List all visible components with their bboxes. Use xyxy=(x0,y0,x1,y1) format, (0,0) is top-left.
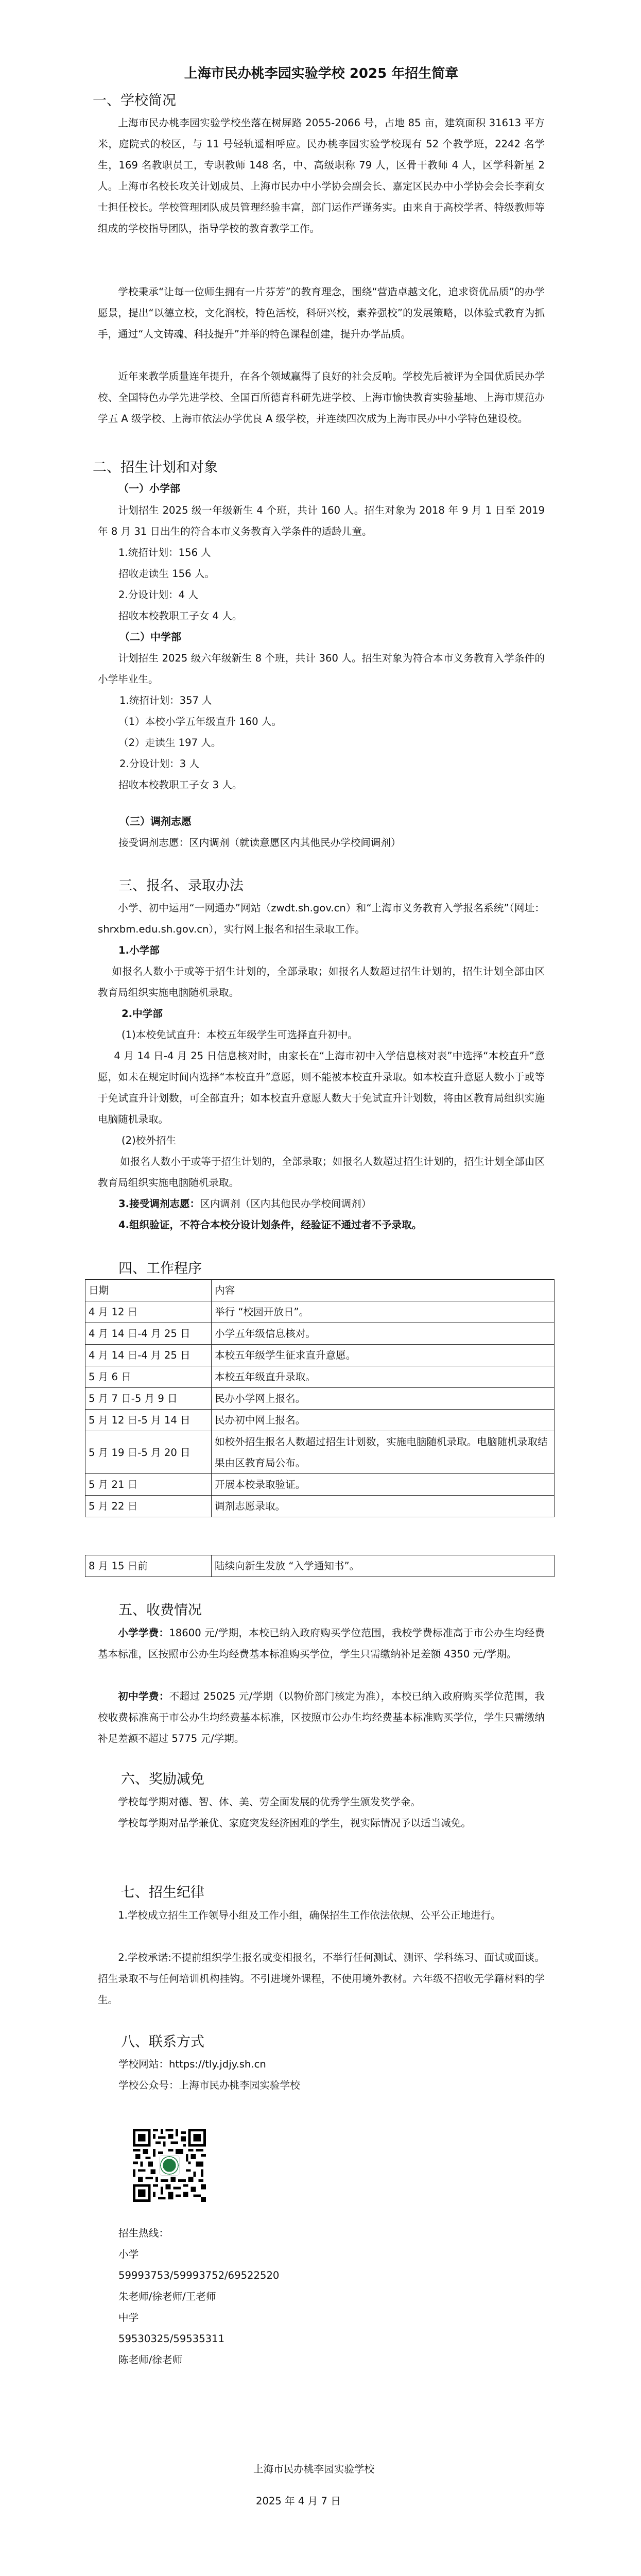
table-cell-date: 4 月 14 日-4 月 25 日 xyxy=(85,1323,212,1345)
section-heading-school-overview: 一、学校简况 xyxy=(93,91,176,111)
discipline-paragraph-1: 1.学校成立招生工作领导小组及工作小组，确保招生工作依法依规、公平公正地进行。 xyxy=(98,1905,545,1926)
table-row: 5 月 12 日-5 月 14 日民办初中网上报名。 xyxy=(85,1410,555,1431)
registration-item-3-label: 3.接受调剂志愿： xyxy=(118,1198,200,1210)
hotline-label: 招生热线： xyxy=(118,2223,169,2244)
section-heading-enrollment-plan: 二、招生计划和对象 xyxy=(93,457,218,478)
hotline-primary-phones[interactable]: 59993753/59993752/69522520 xyxy=(118,2265,279,2286)
section-heading-procedure: 四、工作程序 xyxy=(118,1259,202,1279)
table-row: 5 月 21 日开展本校录取验证。 xyxy=(85,1474,555,1496)
table-cell-content: 开展本校录取验证。 xyxy=(212,1474,555,1496)
primary-plan-line: 招收本校教职工子女 4 人。 xyxy=(118,605,242,626)
middle-plan-intro: 计划招生 2025 级六年级新生 8 个班，共计 360 人。招生对象为符合本市… xyxy=(98,648,545,690)
primary-plan-line: 1.统招计划：156 人 xyxy=(118,542,211,563)
registration-middle-sub2: (2)校外招生 xyxy=(122,1130,176,1151)
fees-primary: 小学学费：18600 元/学期，本校已纳入政府购买学位范围，我校学费标准高于市公… xyxy=(98,1622,545,1665)
wechat-qr-code-icon xyxy=(133,2129,206,2202)
table-header-content: 内容 xyxy=(212,1280,555,1301)
primary-plan-line: 招收走读生 156 人。 xyxy=(118,563,215,584)
registration-primary-text: 如报名人数小于或等于招生计划的，全部录取；如报名人数超过招生计划的，招生计划全部… xyxy=(98,961,545,1003)
table-header-row: 日期 内容 xyxy=(85,1280,555,1301)
table-cell-content: 民办小学网上报名。 xyxy=(212,1388,555,1410)
procedure-table: 日期 内容 4 月 12 日举行 “校园开放日”。 4 月 14 日-4 月 2… xyxy=(85,1279,555,1517)
table-row: 5 月 22 日调剂志愿录取。 xyxy=(85,1496,555,1517)
middle-plan-line: （1）本校小学五年级直升 160 人。 xyxy=(118,711,282,732)
fees-middle: 初中学费：不超过 25025 元/学期（以物价部门核定为准），本校已纳入政府购买… xyxy=(98,1686,545,1749)
table-header-date: 日期 xyxy=(85,1280,212,1301)
table-row: 4 月 12 日举行 “校园开放日”。 xyxy=(85,1301,555,1323)
table-cell-date: 5 月 7 日-5 月 9 日 xyxy=(85,1388,212,1410)
fees-primary-label: 小学学费： xyxy=(118,1627,169,1639)
registration-item-3-text: 区内调剂（区内其他民办学校间调剂） xyxy=(200,1198,371,1210)
middle-plan-line: 招收本校教职工子女 3 人。 xyxy=(118,774,242,795)
fees-middle-label: 初中学费： xyxy=(118,1690,169,1702)
table-cell-date: 5 月 12 日-5 月 14 日 xyxy=(85,1410,212,1431)
discipline-paragraph-2: 2.学校承诺:不提前组织学生报名或变相报名，不举行任何测试、测评、学科练习、面试… xyxy=(98,1947,545,2010)
section-heading-registration: 三、报名、录取办法 xyxy=(118,876,244,896)
primary-plan-intro: 计划招生 2025 级一年级新生 4 个班，共计 160 人。招生对象为 201… xyxy=(98,500,545,542)
registration-item-3: 3.接受调剂志愿：区内调剂（区内其他民办学校间调剂） xyxy=(118,1193,371,1214)
registration-middle-sub1: (1)本校免试直升：本校五年级学生可选择直升初中。 xyxy=(122,1024,358,1045)
school-website[interactable]: 学校网站：https://tly.jdjy.sh.cn xyxy=(118,2054,266,2075)
table-row: 5 月 6 日本校五年级直升录取。 xyxy=(85,1366,555,1388)
table-cell-content: 本校五年级直升录取。 xyxy=(212,1366,555,1388)
hotline-middle-contacts: 陈老师/徐老师 xyxy=(118,2349,182,2370)
section-heading-fees: 五、收费情况 xyxy=(118,1600,202,1621)
procedure-table-extra: 8 月 15 日前陆续向新生发放 “入学通知书”。 xyxy=(85,1555,555,1577)
middle-plan-line: 1.统招计划：357 人 xyxy=(119,690,212,711)
overview-paragraph-2: 学校秉承“让每一位师生拥有一片芬芳”的教育理念，围绕“营造卓越文化，追求资优品质… xyxy=(98,281,545,345)
hotline-primary-contacts: 朱老师/徐老师/王老师 xyxy=(118,2286,216,2307)
middle-plan-line: 2.分设计划：3 人 xyxy=(119,753,199,774)
table-row: 8 月 15 日前陆续向新生发放 “入学通知书”。 xyxy=(85,1555,555,1577)
subheading-middle: （二）中学部 xyxy=(119,626,181,647)
section-heading-awards: 六、奖励减免 xyxy=(121,1769,204,1790)
registration-item-4: 4.组织验证，不符合本校分设计划条件，经验证不通过者不予录取。 xyxy=(118,1214,422,1235)
hotline-primary-label: 小学 xyxy=(118,2244,138,2265)
table-cell-content: 如校外招生报名人数超过招生计划数，实施电脑随机录取。电脑随机录取结果由区教育局公… xyxy=(212,1431,555,1474)
table-row: 5 月 19 日-5 月 20 日如校外招生报名人数超过招生计划数，实施电脑随机… xyxy=(85,1431,555,1474)
table-row: 4 月 14 日-4 月 25 日小学五年级信息核对。 xyxy=(85,1323,555,1345)
overview-paragraph-3: 近年来教学质量连年提升，在各个领域赢得了良好的社会反响。学校先后被评为全国优质民… xyxy=(98,366,545,429)
signature-organization: 上海市民办桃李园实验学校 xyxy=(253,2461,374,2476)
table-cell-date: 5 月 6 日 xyxy=(85,1366,212,1388)
table-cell-date: 5 月 22 日 xyxy=(85,1496,212,1517)
table-row: 4 月 14 日-4 月 25 日本校五年级学生征求直升意愿。 xyxy=(85,1345,555,1366)
table-cell-date: 4 月 12 日 xyxy=(85,1301,212,1323)
school-wechat-account: 学校公众号：上海市民办桃李园实验学校 xyxy=(118,2075,300,2096)
table-cell-content: 陆续向新生发放 “入学通知书”。 xyxy=(212,1555,555,1577)
table-cell-date: 8 月 15 日前 xyxy=(85,1555,212,1577)
table-cell-content: 举行 “校园开放日”。 xyxy=(212,1301,555,1323)
table-cell-content: 小学五年级信息核对。 xyxy=(212,1323,555,1345)
middle-plan-line: （2）走读生 197 人。 xyxy=(118,732,221,753)
subheading-primary: （一）小学部 xyxy=(118,478,180,499)
signature-date: 2025 年 4 月 7 日 xyxy=(256,2493,341,2507)
section-heading-contact: 八、联系方式 xyxy=(121,2032,204,2053)
table-row: 5 月 7 日-5 月 9 日民办小学网上报名。 xyxy=(85,1388,555,1410)
adjust-line: 接受调剂志愿：区内调剂（就读意愿区内其他民办学校间调剂） xyxy=(118,832,401,853)
registration-middle-sub2-text: 如报名人数小于或等于招生计划的，全部录取；如报名人数超过招生计划的，招生计划全部… xyxy=(98,1151,545,1193)
hotline-middle-phones[interactable]: 59530325/59535311 xyxy=(118,2328,224,2349)
awards-paragraph-1: 学校每学期对德、智、体、美、劳全面发展的优秀学生颁发奖学金。 xyxy=(98,1791,545,1812)
primary-plan-line: 2.分设计划：4 人 xyxy=(118,584,198,605)
document-title: 上海市民办桃李园实验学校 2025 年招生简章 xyxy=(98,63,545,82)
table-cell-content: 本校五年级学生征求直升意愿。 xyxy=(212,1345,555,1366)
registration-intro: 小学、初中运用“一网通办”网站（zwdt.sh.gov.cn）和“上海市义务教育… xyxy=(98,897,545,940)
table-cell-date: 5 月 21 日 xyxy=(85,1474,212,1496)
registration-primary-heading: 1.小学部 xyxy=(118,940,160,961)
table-cell-date: 5 月 19 日-5 月 20 日 xyxy=(85,1431,212,1474)
section-heading-discipline: 七、招生纪律 xyxy=(121,1883,204,1903)
registration-middle-sub1-text: 4 月 14 日-4 月 25 日信息核对时，由家长在“上海市初中入学信息核对表… xyxy=(98,1045,545,1130)
table-cell-date: 4 月 14 日-4 月 25 日 xyxy=(85,1345,212,1366)
subheading-adjust: （三）调剂志愿 xyxy=(119,811,192,832)
table-cell-content: 调剂志愿录取。 xyxy=(212,1496,555,1517)
awards-paragraph-2: 学校每学期对品学兼优、家庭突发经济困难的学生，视实际情况予以适当减免。 xyxy=(98,1812,545,1834)
hotline-middle-label: 中学 xyxy=(118,2307,138,2328)
table-cell-content: 民办初中网上报名。 xyxy=(212,1410,555,1431)
registration-middle-heading: 2.中学部 xyxy=(122,1003,163,1024)
overview-paragraph-1: 上海市民办桃李园实验学校坐落在树屏路 2055-2066 号，占地 85 亩，建… xyxy=(98,112,545,239)
